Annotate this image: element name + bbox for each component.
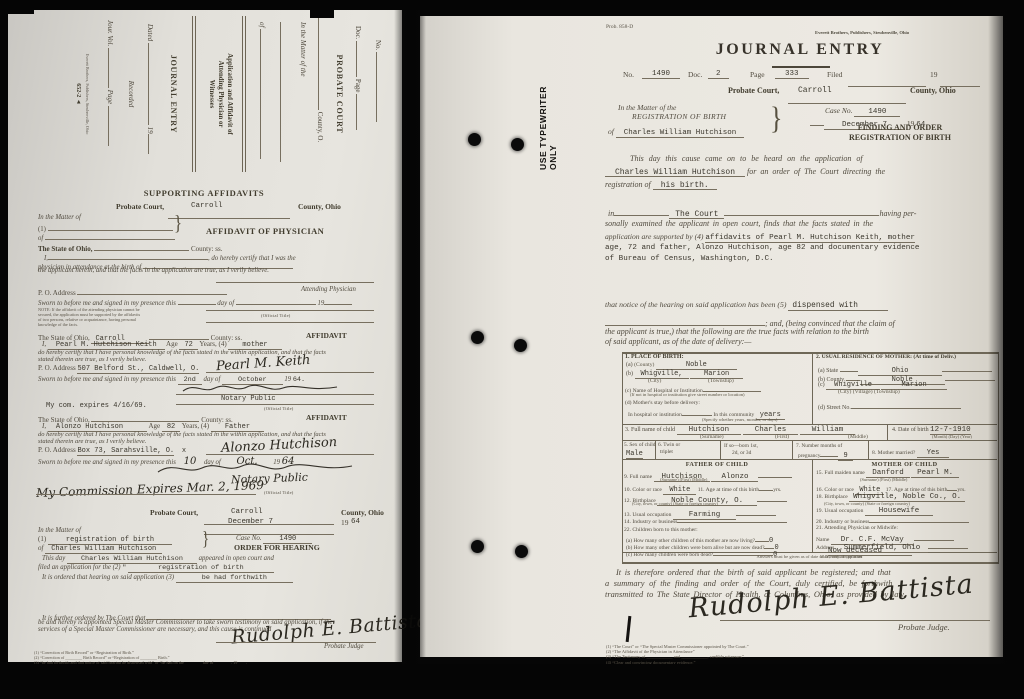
father-of-child-header: FATHER OF CHILD [622,461,812,468]
cover-app3: Witnesses [208,12,215,176]
rule [168,210,290,219]
punch-hole [468,133,481,146]
rule [108,106,117,146]
official-title-label: (Official Title) [261,313,291,318]
rule [91,413,199,422]
rule [94,242,189,251]
aff1-po-line: P. O. Address 507 Belford St., Caldwell,… [38,364,199,374]
aff1-expires: My com. expires 4/16/69. [46,402,147,410]
rule [216,282,374,283]
rule [48,251,208,260]
order-matter2: of Charles William Hutchison [38,544,162,554]
table-row-line [622,424,997,425]
father-name-sub: (Surname) (First) (Middle) [660,477,707,482]
rule [736,507,776,516]
mother-name-sub: (Surname) (First) (Middle) [860,477,907,482]
order-filed-line: filed an application for the (2) " regis… [38,564,274,573]
rule [376,52,385,122]
mother-of-child-header: MOTHER OF CHILD [812,461,997,468]
rule [148,43,157,125]
order-matter-label: In the Matter of [38,527,81,534]
child-name-row: 3. Full name of child Hutchison Charles … [625,426,855,435]
mother-occupation-line: 19. Usual occupation Housewife [816,507,933,516]
rule [178,296,216,305]
children-born-label: 22. Children born to this mother: [624,527,698,533]
place-of-birth-label: 1. PLACE OF BIRTH: [625,354,684,360]
body-p1-l3: registration of his birth. [605,180,717,190]
rule [758,469,792,478]
rule [356,94,365,130]
if-so-born-label2: 2d, or 3d [732,450,751,456]
sex-label: 5. Sex of child [624,442,655,448]
surname-sub: (Surname) [700,434,724,440]
married-line: 8. Mother married? Yes [872,449,949,458]
pregnancy-label: 7. Number months of [796,443,842,449]
cover-jour-vol: Jour. Vol. Page [106,20,117,176]
cover-of: of [258,22,269,176]
rule [206,322,374,323]
order-hearing-line: It is ordered that hearing on said appli… [42,574,293,583]
cover-rule [242,16,246,172]
official-title-label: (Official Title) [264,406,294,411]
aff1-title: AFFIDAVIT [306,331,347,340]
rule [759,484,773,491]
rule [682,409,712,416]
phys-line3: the applicant herein, and that the facts… [38,267,269,274]
order-brace: } [202,529,209,551]
case-line: Case No. 1490 [825,106,900,117]
rule [206,310,374,311]
first-sub: (First) [775,434,789,440]
rule [724,207,879,216]
table-col-line [812,459,813,552]
affidavit-physician-title: AFFIDAVIT OF PHYSICIAN [206,226,324,236]
film-top-band [0,0,1024,10]
matter-brace: } [770,101,782,137]
residence-label: 2. USUAL RESIDENCE OF MOTHER: (At time o… [816,354,956,360]
father-name-line: 9. Full name Hutchison Alonzo [624,469,792,482]
mothers-stay-label: (d) Mother's stay before delivery: [625,400,700,406]
cover-doc-page: Doc. Page [354,26,365,176]
rule [108,48,117,88]
rule [755,535,769,542]
phys-attending: Attending Physician [301,286,356,293]
body-p2-l2: sonally examined the applicant in open c… [605,219,873,228]
cover-dated: Dated 19 [146,24,157,176]
mother-industry-line: 20. Industry or business [816,516,969,525]
final-order-l1: It is therefore ordered that the birth o… [616,568,891,577]
rule [820,450,838,457]
docket-cover-rotated: No. Doc. Page PROBATE COURT County, O. I… [33,12,389,176]
cover-matter: In the Matter of the [299,22,307,176]
sex-value: Male [626,450,643,459]
rule [280,22,289,162]
rule [928,540,968,549]
use-typewriter-only-stamp: USE TYPEWRITER ONLY [538,72,554,170]
cover-form-no: 652-2 ◄ [75,12,81,176]
cover-rule [192,16,196,172]
rule [942,363,992,372]
punch-hole [515,545,528,558]
order-thisday-line: This day Charles William Hutchison appea… [42,555,274,564]
body-p3: that notice of the hearing on said appli… [605,300,888,311]
body-p4-l3: of said applicant, as of the date of del… [605,337,751,346]
finding-title1: FINDING AND ORDER [820,123,980,132]
rule [757,493,787,502]
rule [48,222,173,231]
page-gutter-shadow [394,0,426,699]
rule [840,363,858,372]
rule [614,207,669,216]
rule [720,620,990,621]
cover-blank [278,22,289,176]
punch-hole [511,138,524,151]
body-p4-l2: the applicant is true,) that the followi… [605,327,869,336]
journal-entry-title: JOURNAL ENTRY [660,41,940,59]
rule [324,296,352,305]
mothers-stay-note: (Specify whether years, months, or days) [702,417,777,422]
twin-label2: triplet [660,449,673,455]
aff2-title: AFFIDAVIT [306,413,347,422]
rule [318,18,327,110]
title-ornament [772,66,830,68]
aff1-notary: Notary Public [221,395,276,403]
matter-line1: In the Matter of the [618,103,676,112]
probate-judge-label: Probate Judge [324,643,364,650]
notary-signature-scrawl [181,384,341,394]
cover-recorded: Recorded [127,12,135,176]
rule [851,400,961,409]
dob-sub: (Month) (Day) (Year) [932,434,972,439]
matter-brace: } [174,211,182,236]
twin-label: 6. Twin or [658,442,680,448]
supporting-affidavits-title: SUPPORTING AFFIDAVITS [6,188,402,198]
rule [260,29,269,159]
table-footer-note: Answers must be given as of date of deli… [622,554,997,559]
film-corner [0,0,34,14]
cover-app1: Application and Affidavit of [226,12,233,176]
matter-line2: of [38,231,175,242]
film-bottom-band [0,664,1024,699]
rule [176,404,374,405]
cover-journal: JOURNAL ENTRY [169,12,178,176]
pen-mark [626,616,632,642]
punch-hole [471,331,484,344]
body-p1-l2: Charles William Hutchison for an order o… [605,167,885,177]
film-notch [310,0,334,18]
body-p2-l1: inThe Courthaving per- [608,207,916,219]
rule [846,372,860,381]
table-row-line [622,440,997,441]
rule [148,134,157,154]
phys-note: NOTE: If the affidavit of the attending … [38,307,140,327]
official-title-label: (Official Title) [264,490,294,495]
rule [236,296,316,305]
punch-hole [514,339,527,352]
pregnancy-line: pregnancy9 [798,450,853,461]
residence-street: (d) Street No. [818,400,961,411]
aff2-po-line: P. O. Address Box 73, Sarahsville, O. x [38,446,186,456]
footnote: (3) “The Testimony of ____________ and _… [606,654,749,659]
father-industry-line: 14. Industry or business [624,516,787,525]
aff2-commission-script: My Commission Expires Mar. 2, 1969 [36,478,264,500]
cover-court: PROBATE COURT [335,12,344,176]
cover-no: No. [374,40,385,176]
aff2-certify2: stated therein are true, as I verily bel… [38,438,146,445]
order-for-hearing-title: ORDER FOR HEARING [234,543,320,552]
if-so-born-label: If so—born 1st, [724,443,758,449]
rule [703,385,761,392]
right-page: Prob. 858-D Everett Brothers, Publishers… [420,16,1003,657]
matter-label: In the Matter of [38,214,81,221]
middle-sub: (Middle) [848,434,868,440]
rule [869,516,969,523]
mother-birthplace-sub: (City, town, or county) (State or foreig… [824,501,910,506]
table-col-line [812,352,813,424]
rule [36,494,256,495]
aff1-certify2: stated therein are true, as I verily bel… [38,356,146,363]
matter-line2: REGISTRATION OF BIRTH [632,112,726,121]
table-col-line [868,440,869,459]
matter-of-line: of Charles William Hutchison [608,127,744,138]
hospital-note: (If not in hospital or institution give … [630,392,745,397]
film-right-edge [988,0,1024,699]
place-twp-sub: (Township) [708,378,734,384]
rule [77,286,227,295]
rule [356,41,365,77]
body-p2-l5: of Bureau of Census, Washington, D.C. [605,255,774,263]
table-col-line [720,440,721,459]
cover-county: County, O. [316,18,327,176]
father-signature: Alonzo Hutchison [221,435,338,456]
phys-sworn-line: Sworn to before me and signed in my pres… [38,296,352,307]
film-left-edge [0,0,8,699]
form-number: Prob. 858-D [606,24,633,30]
rule [206,372,374,373]
finding-title2: REGISTRATION OF BIRTH [820,133,980,142]
table-col-line [887,424,888,440]
rule [45,231,175,240]
rule [788,95,906,104]
body-p2-l4: age, 72 and father, Alonzo Hutchison, ag… [605,244,919,252]
table-col-line [792,440,793,459]
publisher-line: Everett Brothers, Publishers, Steubenvil… [815,30,909,35]
physician-midwife-label: 21. Attending Physician or Midwife: [816,525,898,531]
cover-publisher: Everett Brothers, Publishers, Steubenvil… [85,12,90,176]
father-birthplace-sub: (City, town, or county) (State or foreig… [632,501,718,506]
place-county: (a) (County) Noble [626,361,737,370]
place-city-sub: (City) [648,378,661,384]
body-p2-l3: application are supported by (4) affidav… [605,232,915,243]
cover-app2: Attending Physician or [217,12,224,176]
probate-judge-label: Probate Judge. [898,622,950,632]
punch-hole [471,540,484,553]
rule [149,331,209,340]
body-p1-l1: This day this cause came on to be heard … [630,154,863,163]
rule [764,542,774,549]
arrow-icon: ◄ [75,99,81,105]
residence-city-sub: (City) (Village) (Township) [838,389,900,395]
rule [947,484,957,491]
rule [677,516,787,523]
rule [206,454,374,455]
left-page: No. Doc. Page PROBATE COURT County, O. I… [6,10,402,662]
rule [605,317,765,326]
